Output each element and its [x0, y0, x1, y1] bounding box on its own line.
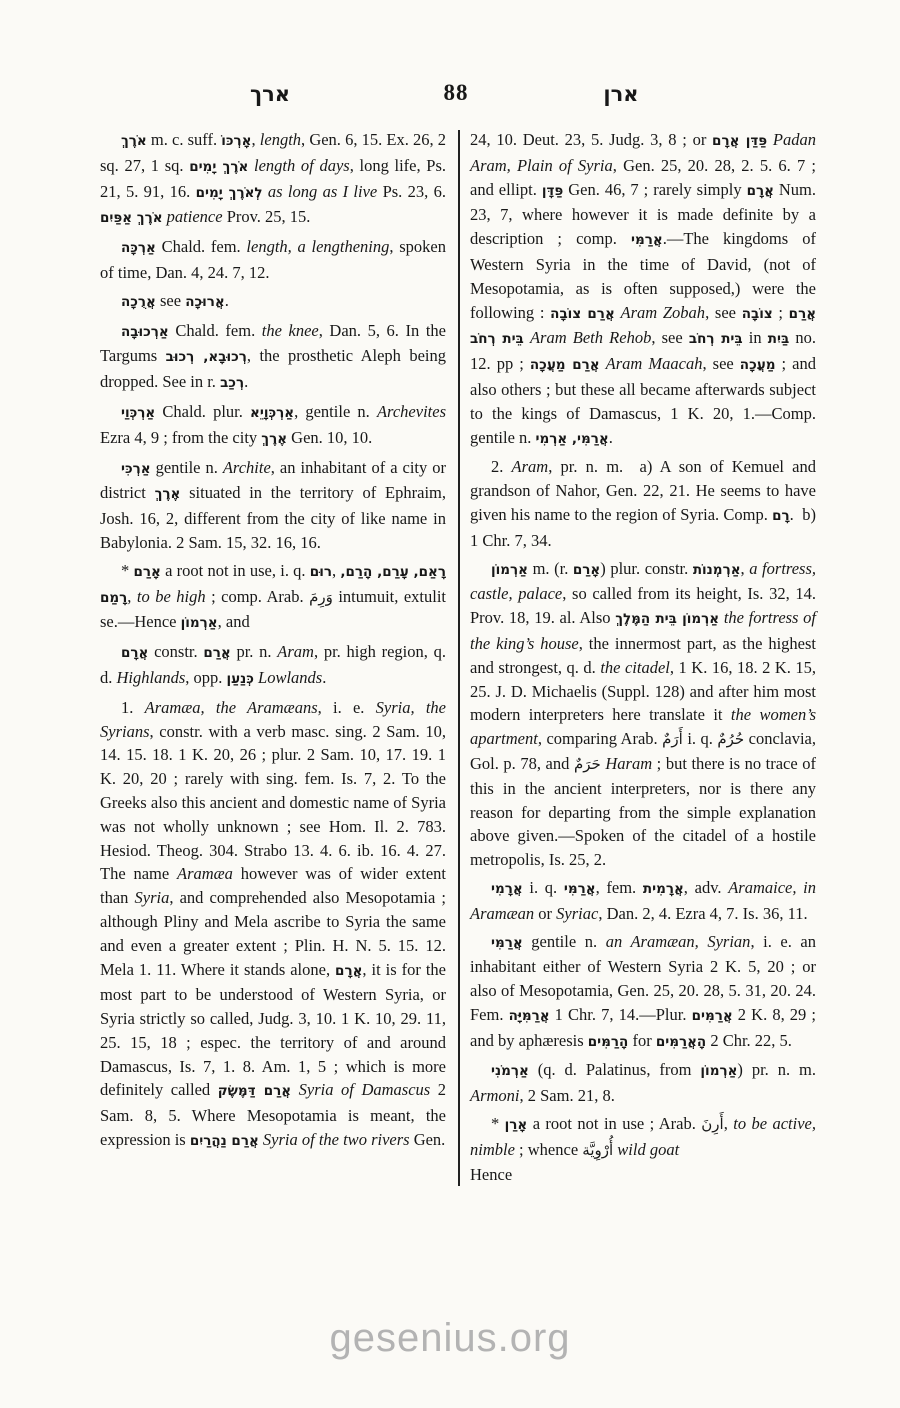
- italic-text: Haram: [605, 754, 652, 773]
- latin-text: a root not in use, i. q.: [161, 561, 310, 580]
- hebrew-text: אֲרַם דַּמֶּשֶׂק: [218, 1083, 291, 1099]
- italic-text: the citadel: [600, 658, 670, 677]
- latin-text: ; whence: [515, 1140, 582, 1159]
- latin-text: Ps. 23, 6.: [377, 182, 446, 201]
- arabic-text: أَرَمٌ: [662, 730, 683, 748]
- hebrew-text: אָרְכּוֹ: [221, 133, 251, 149]
- hebrew-text: רְכוּבָא, רְכוּב: [166, 349, 247, 365]
- hebrew-text: צוֹבָה: [742, 306, 773, 322]
- italic-text: Aram Zobah: [621, 303, 706, 322]
- hebrew-text: אֲרַם מַעֲכָה: [530, 357, 600, 373]
- hebrew-text: אֹרֶךְ אַפַּיִם: [100, 210, 163, 226]
- latin-text: (q. d. Palatinus, from: [529, 1060, 701, 1079]
- paragraph: 24, 10. Deut. 23, 5. Judg. 3, 8 ; or פַּ…: [470, 128, 816, 451]
- arabic-text: حُرُمٌ: [717, 730, 744, 748]
- lexicon-page: ארך 88 ארן אֹרֶךְ m. c. suff. אָרְכּוֹ, …: [0, 0, 900, 1408]
- hebrew-text: פַּדָּן: [542, 183, 563, 199]
- latin-text: 2 Chr. 22, 5.: [706, 1031, 792, 1050]
- italic-text: as long as I live: [268, 182, 377, 201]
- hebrew-text: אֹרֶךְ: [121, 133, 147, 149]
- latin-text: a root not in use ; Arab.: [527, 1114, 701, 1133]
- latin-text: gentile n.: [151, 458, 223, 477]
- paragraph: אֲרַמִּי gentile n. an Aramæan, Syrian, …: [470, 930, 816, 1055]
- latin-text: for: [628, 1031, 656, 1050]
- latin-text: .: [322, 668, 326, 687]
- arabic-text: وَرِمَ: [309, 588, 333, 606]
- latin-text: 24, 10. Deut. 23, 5. Judg. 3, 8 ; or: [470, 130, 712, 149]
- hebrew-text: אֲרַמִּי: [631, 232, 663, 248]
- latin-text: *: [121, 561, 134, 580]
- latin-text: , gentile n.: [294, 402, 377, 421]
- text-block: ארך 88 ארן אֹרֶךְ m. c. suff. אָרְכּוֹ, …: [100, 80, 816, 1186]
- latin-text: , constr. with a verb masc. sing. 2 Sam.…: [100, 722, 446, 884]
- italic-text: Aram: [512, 457, 549, 476]
- latin-text: .: [225, 291, 229, 310]
- hebrew-text: אֶרֶךְ: [261, 431, 287, 447]
- arabic-text: أُرْوِيَّة: [582, 1141, 613, 1159]
- paragraph: אֲרָם constr. אֲרַם pr. n. Aram, pr. hig…: [100, 640, 446, 692]
- italic-text: Aramæa, the Aramæans: [145, 698, 318, 717]
- paragraph: אַרְכָּה Chald. fem. length, a lengtheni…: [100, 235, 446, 285]
- hebrew-text: אַרְמוֹן בֵּית הַמֶּלֶךְ: [615, 611, 719, 627]
- italic-text: Syria of the two rivers: [263, 1130, 410, 1149]
- paragraph: אַרְכִּי gentile n. Archite, an inhabita…: [100, 456, 446, 555]
- italic-text: Highlands: [117, 668, 186, 687]
- italic-text: length, a lengthening: [246, 237, 389, 256]
- hebrew-text: בַּיִת: [768, 331, 789, 347]
- latin-text: Ezra 4, 9 ; from the city: [100, 428, 261, 447]
- hebrew-text: אַרְכִּי: [121, 461, 151, 477]
- hebrew-text: אַרְכוּבָה: [121, 324, 169, 340]
- hebrew-text: פַּדַּן אֲרָם: [712, 133, 767, 149]
- latin-text: i. q.: [683, 729, 718, 748]
- italic-text: to be high: [137, 587, 206, 606]
- column-divider: [458, 130, 460, 1186]
- latin-text: [291, 1080, 299, 1099]
- latin-text: ;: [773, 303, 789, 322]
- paragraph: אַרְכוּבָה Chald. fem. the knee, Dan. 5,…: [100, 319, 446, 396]
- hebrew-text: אָרַם: [134, 564, 161, 580]
- italic-text: Syriac: [556, 904, 598, 923]
- latin-text: ,: [127, 587, 137, 606]
- latin-text: Gen.: [410, 1130, 446, 1149]
- hebrew-text: אֶרֶךְ: [155, 486, 181, 502]
- paragraph: אַרְכְּוַי Chald. plur. אַרְכְּוָיֵא, ge…: [100, 400, 446, 452]
- column-right: 24, 10. Deut. 23, 5. Judg. 3, 8 ; or פַּ…: [470, 128, 816, 1186]
- latin-text: ,: [252, 130, 260, 149]
- hebrew-text: אַרְמוֹן: [181, 615, 218, 631]
- latin-text: , see: [651, 328, 689, 347]
- hebrew-text: אֲרָם: [747, 183, 774, 199]
- hebrew-text: אַרְכָּה: [121, 240, 156, 256]
- hebrew-text: אָרַם: [573, 562, 600, 578]
- latin-text: , see: [702, 354, 739, 373]
- page-header: ארך 88 ארן: [100, 80, 816, 128]
- italic-text: Aram Beth Rehob: [530, 328, 651, 347]
- latin-text: 2.: [491, 457, 512, 476]
- italic-text: Aramæa: [177, 864, 233, 883]
- latin-text: gentile n.: [523, 932, 606, 951]
- arabic-text: أَرِنَ: [701, 1115, 723, 1133]
- hebrew-text: אֲרָם: [121, 645, 148, 661]
- hebrew-text: אֲרָמִי: [491, 881, 523, 897]
- paragraph: * אָרַם a root not in use, i. q. רוּם, ר…: [100, 559, 446, 636]
- latin-text: .: [609, 428, 613, 447]
- latin-text: m. c. suff.: [147, 130, 222, 149]
- hebrew-text: אֲרַמִּי, אַרְמִי: [536, 431, 609, 447]
- italic-text: Aram: [277, 642, 314, 661]
- latin-text: , comparing Arab.: [538, 729, 662, 748]
- hebrew-text: אַרְמוֹן: [700, 1063, 737, 1079]
- hebrew-text: רְכַב: [220, 375, 244, 391]
- hebrew-text: בֵּית רְחֹב: [689, 331, 743, 347]
- latin-text: 1 Chr. 7, 14.—Plur.: [550, 1005, 692, 1024]
- paragraph: אַרְמֹנִי (q. d. Palatinus, from אַרְמוֹ…: [470, 1058, 816, 1108]
- hebrew-text: אַרְמוֹן: [491, 562, 528, 578]
- italic-text: an Aramæan, Syrian: [606, 932, 751, 951]
- columns: אֹרֶךְ m. c. suff. אָרְכּוֹ, length, Gen…: [100, 128, 816, 1186]
- paragraph: 2. Aram, pr. n. m. a) A son of Kemuel an…: [470, 455, 816, 552]
- latin-text: Gen. 10, 10.: [287, 428, 372, 447]
- latin-text: ) plur. constr.: [600, 559, 693, 578]
- hebrew-text: אֲרָמִית: [643, 881, 684, 897]
- hebrew-text: אֲרַמִּים: [692, 1008, 733, 1024]
- latin-text: , and: [218, 612, 250, 631]
- latin-text: constr.: [148, 642, 203, 661]
- paragraph: * אָרַן a root not in use ; Arab. أَرِنَ…: [470, 1112, 816, 1163]
- italic-text: Armoni: [470, 1086, 520, 1105]
- latin-text: , adv.: [684, 878, 728, 897]
- hebrew-text: אָרַן: [505, 1117, 528, 1133]
- hebrew-text: לְאֹרֶךְ יָמִים: [196, 185, 263, 201]
- hebrew-text: כְּנַעַן: [227, 671, 254, 687]
- hebrew-text: אֲרַמִּי: [491, 935, 523, 951]
- running-head-right: ארן: [476, 82, 766, 106]
- hebrew-text: אֲרַם צוֹבָה: [550, 306, 615, 322]
- latin-text: .: [244, 372, 248, 391]
- latin-text: in: [743, 328, 768, 347]
- italic-text: Syria of Damascus: [299, 1080, 431, 1099]
- italic-text: Lowlands: [258, 668, 322, 687]
- latin-text: , 2 Sam. 21, 8.: [520, 1086, 615, 1105]
- paragraph: אֲרָמִי i. q. אֲרַמִּי, fem. אֲרָמִית, a…: [470, 876, 816, 926]
- hebrew-text: אֲרַמִּיָּה: [509, 1008, 550, 1024]
- latin-text: , fem.: [596, 878, 643, 897]
- paragraph: אַרְמוֹן m. (r. אָרַם) plur. constr. אַר…: [470, 557, 816, 872]
- italic-text: patience: [167, 207, 223, 226]
- hebrew-text: אֲרֻכָה: [121, 294, 156, 310]
- arabic-text: حَرَمٌ: [574, 755, 601, 773]
- latin-text: , see: [705, 303, 742, 322]
- watermark: gesenius.org: [0, 1316, 900, 1361]
- italic-text: Archevites: [377, 402, 446, 421]
- paragraph: אֲרֻכָה see אֲרוּכָה.: [100, 289, 446, 315]
- latin-text: pr. n.: [231, 642, 278, 661]
- latin-text: , Dan. 2, 4. Ezra 4, 7. Is. 36, 11.: [598, 904, 807, 923]
- column-left: אֹרֶךְ m. c. suff. אָרְכּוֹ, length, Gen…: [100, 128, 446, 1186]
- hebrew-text: רָם: [772, 508, 790, 524]
- hebrew-text: אַרְמְנוֹת: [693, 562, 741, 578]
- paragraph: Hence: [470, 1163, 816, 1187]
- latin-text: see: [156, 291, 185, 310]
- italic-text: wild goat: [617, 1140, 679, 1159]
- hebrew-text: הָאֲרַמִּים: [656, 1034, 706, 1050]
- hebrew-text: אֲרַמִּי: [564, 881, 596, 897]
- hebrew-text: אֹרֶךְ יָמִים: [189, 159, 248, 175]
- italic-text: Aram Maacah: [606, 354, 703, 373]
- latin-text: i. q.: [523, 878, 564, 897]
- italic-text: length: [260, 130, 301, 149]
- latin-text: ,: [741, 559, 750, 578]
- latin-text: , opp.: [185, 668, 226, 687]
- latin-text: Chald. fem.: [169, 321, 262, 340]
- italic-text: the knee: [262, 321, 319, 340]
- latin-text: Chald. plur.: [155, 402, 250, 421]
- hebrew-text: אַרְכְּוָיֵא: [250, 405, 294, 421]
- latin-text: Hence: [470, 1165, 512, 1184]
- italic-text: length of days: [254, 156, 350, 175]
- latin-text: or: [534, 904, 556, 923]
- latin-text: *: [491, 1114, 505, 1133]
- italic-text: Archite: [223, 458, 271, 477]
- latin-text: Prov. 25, 15.: [223, 207, 311, 226]
- hebrew-text: אֲרוּכָה: [185, 294, 225, 310]
- latin-text: m. (r.: [528, 559, 573, 578]
- paragraph: אֹרֶךְ m. c. suff. אָרְכּוֹ, length, Gen…: [100, 128, 446, 231]
- latin-text: , i. e.: [318, 698, 376, 717]
- hebrew-text: אֲרָם: [335, 963, 362, 979]
- latin-text: 1.: [121, 698, 145, 717]
- latin-text: Gen. 46, 7 ; rarely simply: [563, 180, 746, 199]
- latin-text: ; comp. Arab.: [206, 587, 309, 606]
- latin-text: ) pr. n. m.: [737, 1060, 816, 1079]
- hebrew-text: אַרְמֹנִי: [491, 1063, 529, 1079]
- hebrew-text: רוּם: [310, 564, 332, 580]
- hebrew-text: אֲרַם: [203, 645, 230, 661]
- hebrew-text: הָרַמִּים: [588, 1034, 629, 1050]
- italic-text: Syria: [135, 888, 170, 907]
- latin-text: ,: [724, 1114, 734, 1133]
- latin-text: , it is for the most part to be understo…: [100, 960, 446, 1100]
- paragraph: 1. Aramæa, the Aramæans, i. e. Syria, th…: [100, 696, 446, 1154]
- hebrew-text: מַעֲכָה: [740, 357, 776, 373]
- latin-text: Chald. fem.: [156, 237, 247, 256]
- hebrew-text: אֲרַם נַהֲרַיִם: [190, 1133, 259, 1149]
- hebrew-text: אַרְכְּוַי: [121, 405, 155, 421]
